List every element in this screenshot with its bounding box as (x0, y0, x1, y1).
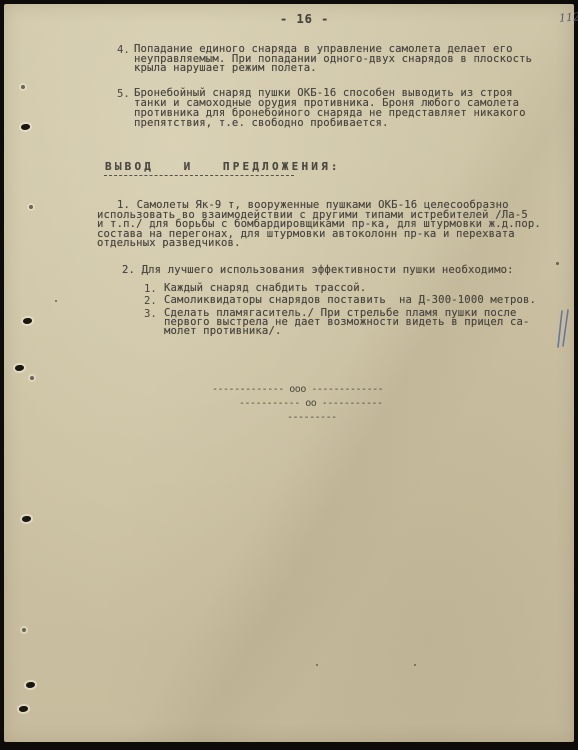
conclusions-heading: ВЫВОД И ПРЕДЛОЖЕНИЯ: (105, 162, 341, 172)
heading-underline (104, 175, 294, 176)
punch-hole (19, 706, 28, 712)
point-line: крыла нарушает режим полета. (134, 64, 317, 74)
punch-hole (26, 682, 35, 688)
point-line: препятствия, т.е. свободно пробивается. (134, 119, 389, 129)
punch-mark (29, 205, 33, 209)
subitem-number: 1. (144, 283, 157, 295)
subitem-number: 3. (144, 308, 157, 320)
punch-mark (22, 628, 26, 632)
punch-hole (23, 318, 32, 324)
conclusion-line: отдельных разведчиков. (97, 239, 241, 249)
end-divider-1: ------------- ооо ------------- (212, 384, 383, 395)
punch-hole (15, 365, 24, 371)
archive-sheet-number: 112 (559, 10, 578, 24)
page-number: - 16 - (280, 15, 329, 25)
subitem-line: Каждый снаряд снабдить трассой. (164, 284, 366, 294)
punch-hole (22, 516, 31, 522)
subitem-line: Самоликвидаторы снарядов поставить на Д-… (164, 296, 536, 306)
paper-speck (556, 262, 559, 265)
point-number: 4. (117, 44, 130, 56)
subitem-number: 2. (144, 295, 157, 307)
punch-hole (21, 124, 30, 130)
conclusion-number: 2. Для лучшего использования эффективнос… (122, 266, 514, 276)
subitem-line: молет противника/. (164, 327, 282, 337)
paper-speck (414, 664, 416, 666)
punch-mark (21, 85, 25, 89)
paper-speck (55, 300, 57, 302)
end-divider-3: --------- (287, 412, 337, 423)
punch-mark (30, 376, 34, 380)
pencil-margin-mark (557, 309, 571, 349)
end-divider-2: ----------- оо ----------- (239, 398, 383, 409)
point-number: 5. (117, 88, 130, 100)
paper-speck (316, 664, 318, 666)
document-page: - 16 - 112 4. Попадание единого снаряда … (4, 4, 574, 742)
